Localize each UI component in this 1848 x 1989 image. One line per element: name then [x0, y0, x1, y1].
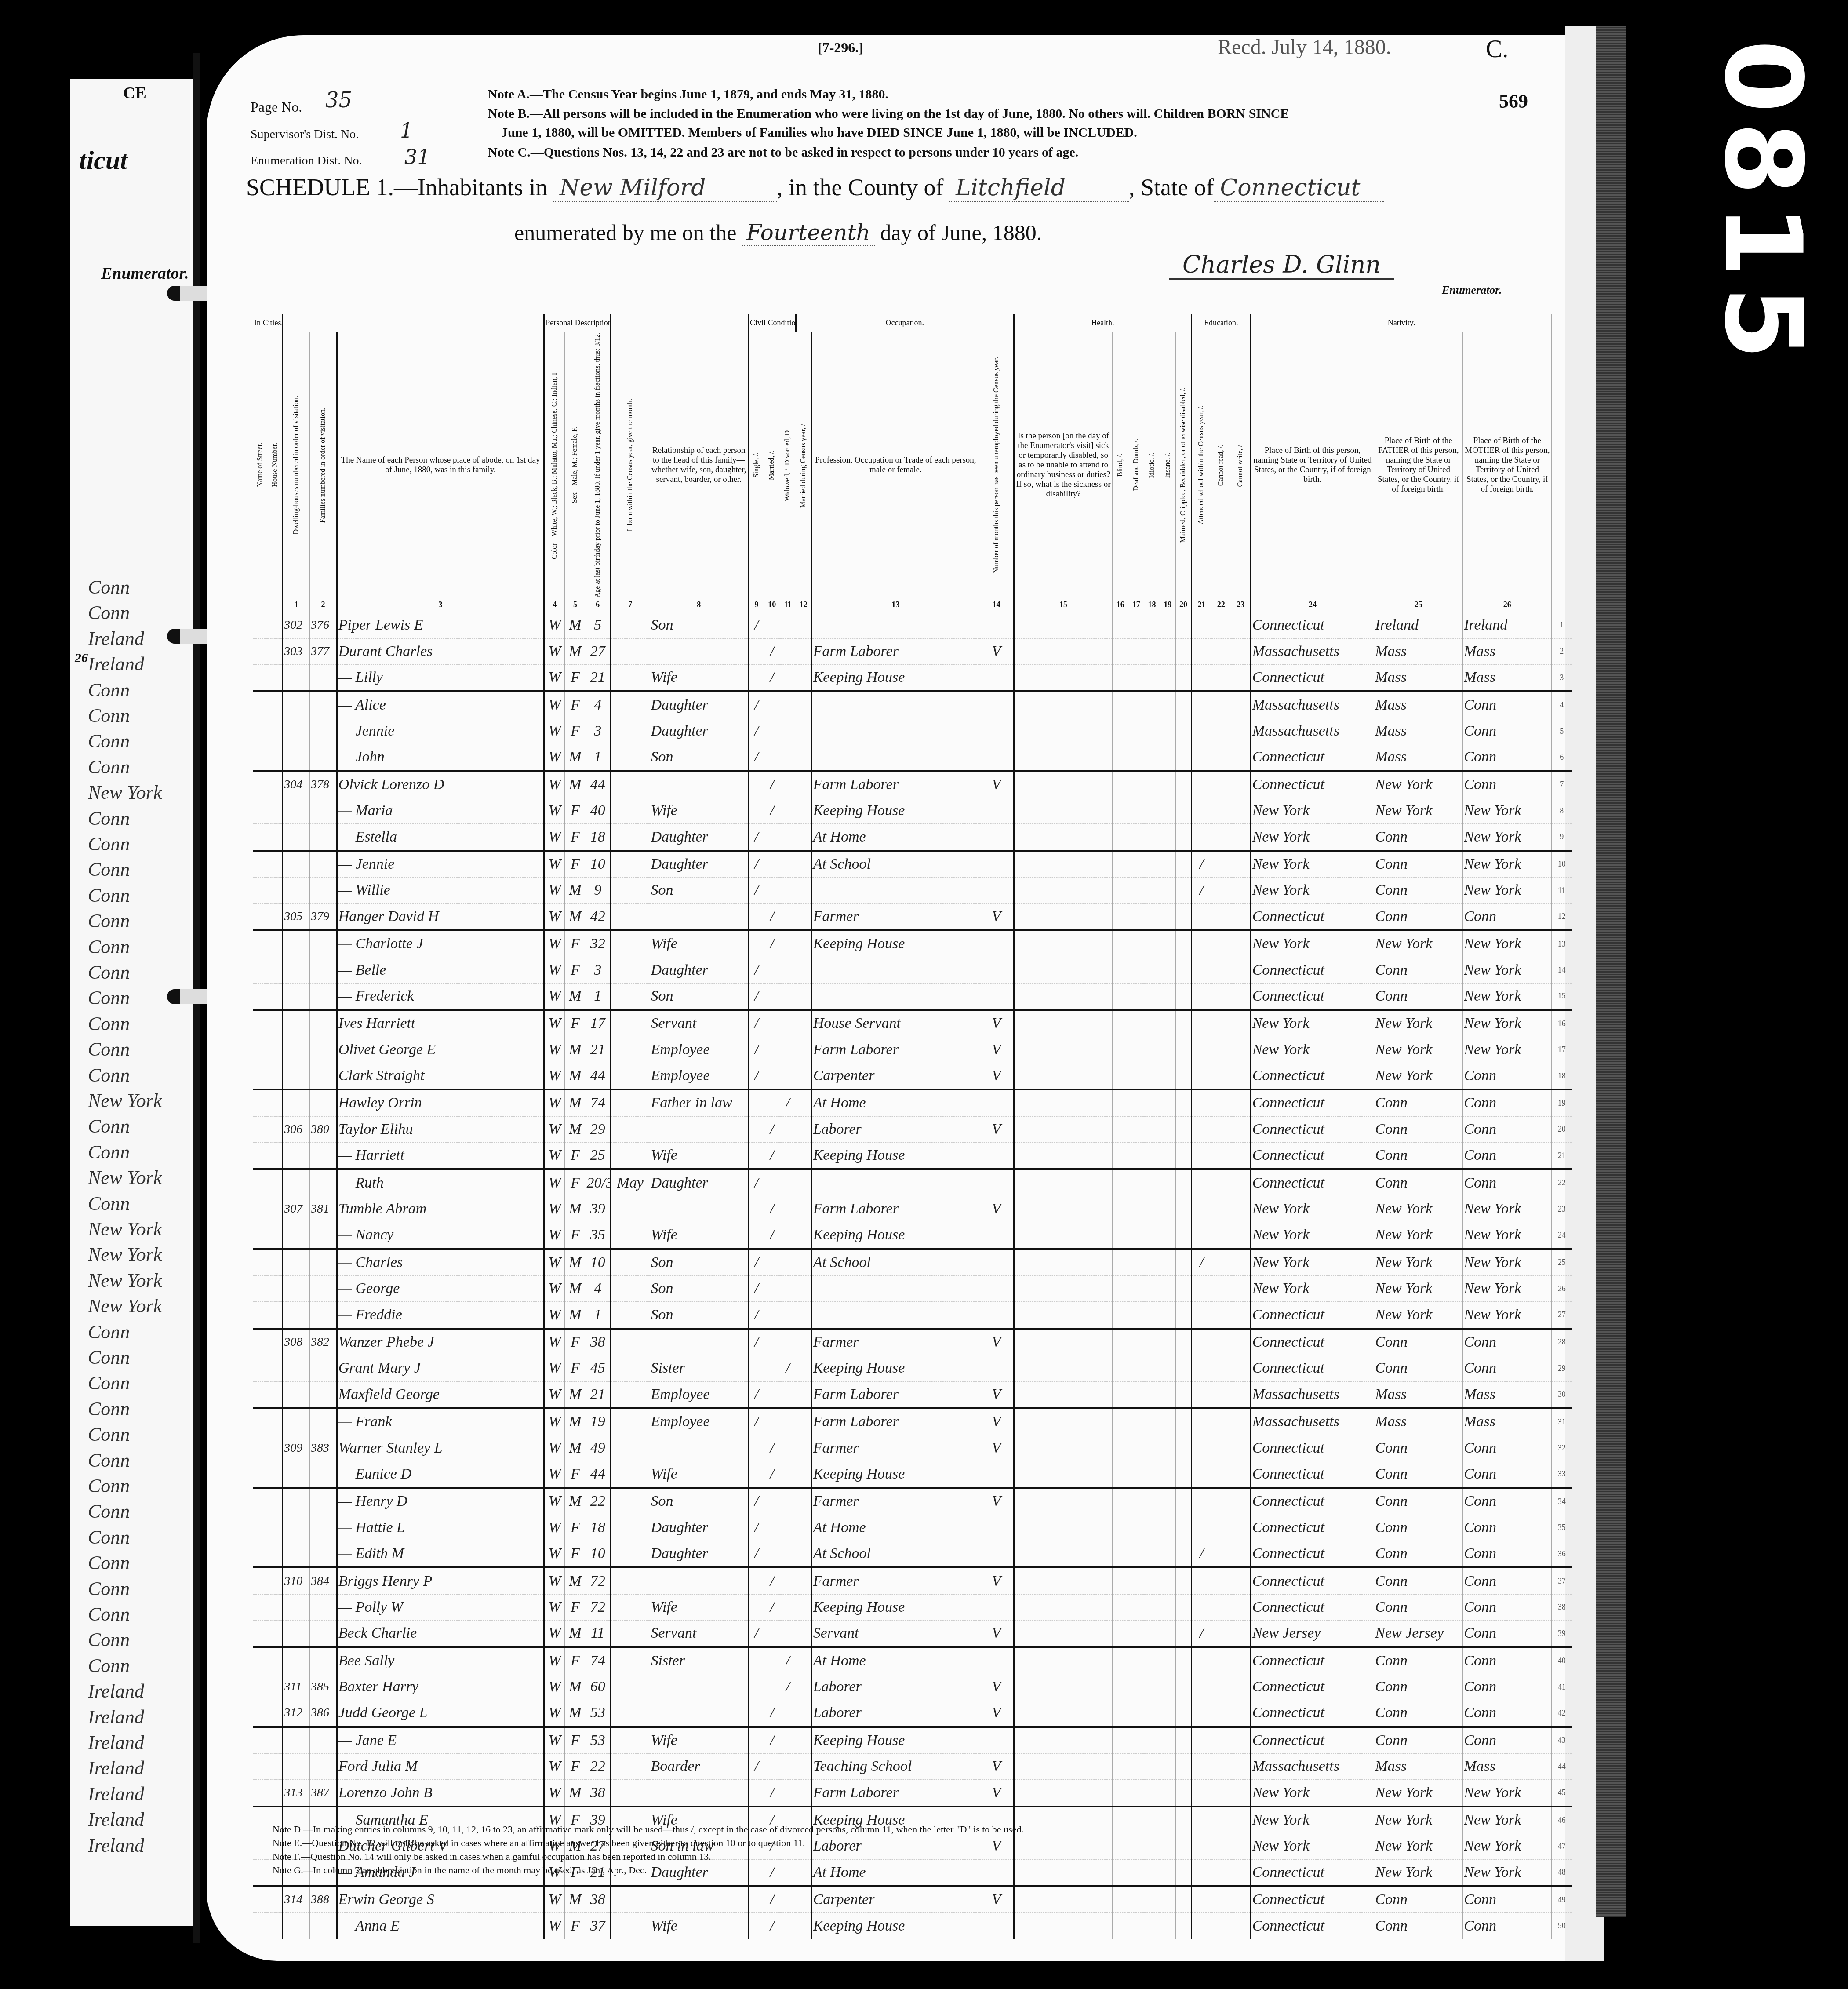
- cell-unemployed: [979, 930, 1014, 957]
- cell-unemployed: [979, 744, 1014, 771]
- cell-empty: [1175, 1276, 1191, 1302]
- left-page-cell: Conn: [88, 601, 193, 624]
- cell-empty: [1211, 1037, 1231, 1063]
- column-header-label: Sex—Male, M.; Female, F.: [571, 426, 579, 503]
- cell-single: [749, 1594, 764, 1620]
- column-number: 16: [1113, 597, 1128, 612]
- cell-empty: [1144, 1355, 1160, 1381]
- cell-empty: [1175, 1647, 1191, 1674]
- cell-unemployed: V: [979, 1381, 1014, 1408]
- cell-unemployed: V: [979, 1567, 1014, 1594]
- column-header: Maimed, Crippled, Bedridden, or otherwis…: [1175, 332, 1191, 597]
- cell-school: [1191, 1567, 1211, 1594]
- cell-empty: [1231, 983, 1251, 1010]
- column-header: Married during Census year, /.: [796, 332, 811, 597]
- cell-name: Olivet George E: [337, 1037, 544, 1063]
- column-header: Sex—Male, M.; Female, F.: [565, 332, 586, 597]
- cell-school: /: [1191, 851, 1211, 878]
- cell-empty: [1231, 1037, 1251, 1063]
- left-page-state-fragment: ticut: [79, 145, 127, 175]
- cell-dwelling: [283, 744, 310, 771]
- cell-family: 376: [310, 612, 337, 638]
- cell-empty: [1113, 1859, 1128, 1886]
- cell-empty: [1128, 1435, 1144, 1461]
- cell-empty: [253, 983, 268, 1010]
- line-number: 40: [1552, 1647, 1572, 1674]
- cell-empty: [1175, 1063, 1191, 1089]
- cell-empty: [1175, 1886, 1191, 1913]
- cell-family: [310, 1143, 337, 1169]
- cell-empty: [1231, 1780, 1251, 1807]
- cell-birth: Connecticut: [1251, 1329, 1374, 1355]
- cell-empty: [1128, 824, 1144, 851]
- cell-empty: [1231, 851, 1251, 878]
- cell-color: W: [544, 771, 565, 798]
- cell-month: [610, 1408, 650, 1435]
- cell-empty: [1211, 665, 1231, 692]
- cell-empty: [1231, 1329, 1251, 1355]
- line-number: 42: [1552, 1700, 1572, 1727]
- column-header: Relationship of each person to the head …: [650, 332, 749, 597]
- cell-empty: [796, 638, 811, 664]
- cell-empty: [1113, 1143, 1128, 1169]
- cell-empty: [1211, 1780, 1231, 1807]
- cell-empty: [1014, 1249, 1113, 1276]
- cell-empty: [1160, 1700, 1176, 1727]
- cell-empty: [1175, 1754, 1191, 1780]
- cell-dwelling: [283, 1089, 310, 1116]
- cell-name: Beck Charlie: [337, 1621, 544, 1647]
- cell-empty: [1128, 1302, 1144, 1329]
- line-number: 5: [1552, 718, 1572, 744]
- cell-empty: [1014, 1859, 1113, 1886]
- cell-widowed: [780, 1222, 796, 1249]
- cell-month: [610, 1196, 650, 1222]
- cell-sex: M: [565, 903, 586, 930]
- cell-empty: [1014, 744, 1113, 771]
- cell-unemployed: V: [979, 1621, 1014, 1647]
- cell-school: [1191, 1515, 1211, 1541]
- cell-widowed: [780, 878, 796, 903]
- left-page-cell: Ireland: [88, 1757, 193, 1779]
- cell-father: New York: [1374, 771, 1463, 798]
- cell-single: /: [749, 1329, 764, 1355]
- cell-dwelling: 309: [283, 1435, 310, 1461]
- cell-birth: Connecticut: [1251, 1063, 1374, 1089]
- table-row: — AliceWF4Daughter/MassachusettsMassConn…: [253, 691, 1572, 718]
- cell-unemployed: [979, 691, 1014, 718]
- column-header: Place of Birth of the FATHER of this per…: [1374, 332, 1463, 597]
- column-header-label: Place of Birth of the MOTHER of this per…: [1464, 436, 1550, 494]
- cell-dwelling: [283, 930, 310, 957]
- cell-empty: [1113, 1780, 1128, 1807]
- line-number: 16: [1552, 1010, 1572, 1037]
- column-number: 9: [749, 597, 764, 612]
- cell-widowed: [780, 771, 796, 798]
- cell-age: 49: [586, 1435, 610, 1461]
- cell-empty: [1175, 1488, 1191, 1515]
- cell-father: Conn: [1374, 1700, 1463, 1727]
- cell-color: W: [544, 1621, 565, 1647]
- line-number: 8: [1552, 798, 1572, 823]
- cell-occupation: At School: [811, 851, 979, 878]
- column-header-label: Maimed, Crippled, Bedridden, or otherwis…: [1179, 387, 1187, 543]
- left-page-cell: New York: [88, 1295, 193, 1317]
- cell-month: [610, 1594, 650, 1620]
- cell-empty: [1144, 1488, 1160, 1515]
- cell-empty: [268, 798, 283, 823]
- cell-age: 45: [586, 1355, 610, 1381]
- cell-single: [749, 1700, 764, 1727]
- cell-empty: [1144, 1222, 1160, 1249]
- cell-empty: [268, 1488, 283, 1515]
- cell-dwelling: [283, 1010, 310, 1037]
- cell-relation: Wife: [650, 1594, 749, 1620]
- cell-widowed: [780, 1010, 796, 1037]
- cell-single: /: [749, 691, 764, 718]
- column-header: Place of Birth of the MOTHER of this per…: [1463, 332, 1552, 597]
- cell-empty: [268, 983, 283, 1010]
- cell-sex: M: [565, 1700, 586, 1727]
- cell-birth: New York: [1251, 1037, 1374, 1063]
- cell-empty: [1144, 1754, 1160, 1780]
- left-page-cell: Ireland: [88, 1706, 193, 1728]
- cell-birth: New York: [1251, 878, 1374, 903]
- column-header-label: Single, /.: [753, 452, 760, 477]
- cell-sex: F: [565, 1010, 586, 1037]
- cell-month: [610, 1754, 650, 1780]
- cell-empty: [1160, 1063, 1176, 1089]
- cell-sex: M: [565, 1037, 586, 1063]
- cell-mother: Conn: [1463, 1647, 1552, 1674]
- column-header: House Number.: [268, 332, 283, 597]
- cell-dwelling: [283, 665, 310, 692]
- cell-relation: Daughter: [650, 851, 749, 878]
- cell-empty: [796, 612, 811, 638]
- cell-age: 21: [586, 1037, 610, 1063]
- cell-married: [764, 1488, 780, 1515]
- county-field: Litchfield: [949, 175, 1129, 202]
- cell-mother: Conn: [1463, 1594, 1552, 1620]
- cell-color: W: [544, 957, 565, 983]
- cell-empty: [1175, 1780, 1191, 1807]
- cell-relation: Wife: [650, 798, 749, 823]
- cell-empty: [1160, 1541, 1176, 1567]
- column-number: 17: [1128, 597, 1144, 612]
- cell-unemployed: [979, 665, 1014, 692]
- cell-empty: [1144, 1780, 1160, 1807]
- cell-unemployed: [979, 1302, 1014, 1329]
- cell-empty: [796, 1222, 811, 1249]
- cell-school: [1191, 1381, 1211, 1408]
- cell-father: Ireland: [1374, 612, 1463, 638]
- column-number: 21: [1191, 597, 1211, 612]
- cell-empty: [1160, 1647, 1176, 1674]
- cell-married: [764, 1381, 780, 1408]
- line-number: 45: [1552, 1780, 1572, 1807]
- cell-color: W: [544, 612, 565, 638]
- cell-father: Mass: [1374, 744, 1463, 771]
- received-stamp: Recd. July 14, 1880.: [1218, 35, 1391, 59]
- line-number: 47: [1552, 1833, 1572, 1859]
- cell-empty: [1160, 1859, 1176, 1886]
- cell-name: Baxter Harry: [337, 1674, 544, 1700]
- cell-occupation: Farmer: [811, 1488, 979, 1515]
- cell-unemployed: [979, 1355, 1014, 1381]
- cell-empty: [1014, 1435, 1113, 1461]
- cell-occupation: Keeping House: [811, 1355, 979, 1381]
- cell-father: Conn: [1374, 1594, 1463, 1620]
- cell-married: [764, 744, 780, 771]
- cell-father: Conn: [1374, 983, 1463, 1010]
- cell-empty: [1211, 691, 1231, 718]
- cell-occupation: At Home: [811, 1647, 979, 1674]
- cell-empty: [253, 1408, 268, 1435]
- cell-name: Durant Charles: [337, 638, 544, 664]
- column-header: Attended school within the Census year, …: [1191, 332, 1211, 597]
- cell-empty: [1113, 1010, 1128, 1037]
- cell-empty: [253, 1355, 268, 1381]
- cell-month: [610, 1780, 650, 1807]
- cell-relation: [650, 771, 749, 798]
- cell-empty: [1113, 744, 1128, 771]
- cell-relation: [650, 1700, 749, 1727]
- cell-school: [1191, 824, 1211, 851]
- group-education: Education.: [1191, 314, 1251, 332]
- cell-birth: Connecticut: [1251, 612, 1374, 638]
- cell-birth: Connecticut: [1251, 1143, 1374, 1169]
- cell-empty: [1128, 1488, 1144, 1515]
- cell-empty: [1113, 878, 1128, 903]
- left-page-cell: Conn: [88, 730, 193, 752]
- cell-relation: Servant: [650, 1010, 749, 1037]
- cell-unemployed: V: [979, 1196, 1014, 1222]
- cell-age: 44: [586, 1461, 610, 1488]
- cell-name: Bee Sally: [337, 1647, 544, 1674]
- cell-empty: [1128, 771, 1144, 798]
- cell-empty: [1014, 691, 1113, 718]
- cell-color: W: [544, 1196, 565, 1222]
- cell-empty: [1175, 1143, 1191, 1169]
- cell-birth: Connecticut: [1251, 903, 1374, 930]
- cell-sex: M: [565, 1886, 586, 1913]
- cell-empty: [1175, 1594, 1191, 1620]
- cell-relation: [650, 1435, 749, 1461]
- cell-married: [764, 1621, 780, 1647]
- cell-single: [749, 1674, 764, 1700]
- cell-empty: [1231, 1515, 1251, 1541]
- cell-color: W: [544, 1355, 565, 1381]
- cell-age: 42: [586, 903, 610, 930]
- cell-school: [1191, 1674, 1211, 1700]
- cell-empty: [268, 1037, 283, 1063]
- column-header-label: Name of Street.: [256, 443, 264, 487]
- cell-empty: [1231, 1541, 1251, 1567]
- cell-empty: [1128, 957, 1144, 983]
- table-row: 312386Judd George LWM53/LaborerVConnecti…: [253, 1700, 1572, 1727]
- cell-empty: [1128, 903, 1144, 930]
- column-header: Cannot write, /.: [1231, 332, 1251, 597]
- cell-empty: [253, 1621, 268, 1647]
- column-number: 15: [1014, 597, 1113, 612]
- cell-unemployed: [979, 1249, 1014, 1276]
- cell-widowed: [780, 1727, 796, 1754]
- cell-empty: [253, 665, 268, 692]
- column-header-label: Cannot write, /.: [1237, 443, 1244, 487]
- cell-color: W: [544, 1594, 565, 1620]
- cell-relation: Sister: [650, 1647, 749, 1674]
- cell-empty: [796, 1143, 811, 1169]
- cell-married: /: [764, 1196, 780, 1222]
- cell-married: [764, 824, 780, 851]
- cell-unemployed: [979, 1169, 1014, 1196]
- cell-empty: [253, 1010, 268, 1037]
- cell-father: Conn: [1374, 1461, 1463, 1488]
- cell-unemployed: [979, 1089, 1014, 1116]
- column-number: 13: [811, 597, 979, 612]
- line-number: 43: [1552, 1727, 1572, 1754]
- cell-empty: [1144, 851, 1160, 878]
- cell-mother: Conn: [1463, 744, 1552, 771]
- cell-married: /: [764, 798, 780, 823]
- cell-sex: F: [565, 1169, 586, 1196]
- line-number: 1: [1552, 612, 1572, 638]
- cell-empty: [1113, 903, 1128, 930]
- cell-empty: [253, 691, 268, 718]
- cell-family: [310, 1408, 337, 1435]
- cell-empty: [1128, 983, 1144, 1010]
- cell-empty: [1113, 1196, 1128, 1222]
- cell-unemployed: V: [979, 1116, 1014, 1142]
- cell-single: [749, 1196, 764, 1222]
- cell-family: 388: [310, 1886, 337, 1913]
- cell-empty: [1175, 1859, 1191, 1886]
- column-numbers: 1234567891011121314151617181920212223242…: [253, 597, 1572, 612]
- cell-empty: [1128, 930, 1144, 957]
- left-page-cell: Conn: [88, 833, 193, 855]
- left-page-cell: Conn: [88, 884, 193, 907]
- cell-married: [764, 691, 780, 718]
- state-field: Connecticut: [1214, 175, 1384, 202]
- cell-widowed: [780, 1886, 796, 1913]
- cell-age: 3: [586, 718, 610, 744]
- cell-widowed: [780, 1515, 796, 1541]
- cell-school: [1191, 1727, 1211, 1754]
- cell-color: W: [544, 1567, 565, 1594]
- cell-name: — Anna E: [337, 1913, 544, 1939]
- line-number: 41: [1552, 1674, 1572, 1700]
- cell-age: 35: [586, 1222, 610, 1249]
- cell-empty: [1144, 718, 1160, 744]
- cell-name: — Jennie: [337, 718, 544, 744]
- cell-age: 74: [586, 1089, 610, 1116]
- cell-single: /: [749, 1169, 764, 1196]
- cell-relation: Wife: [650, 665, 749, 692]
- cell-color: W: [544, 1329, 565, 1355]
- cell-empty: [1160, 771, 1176, 798]
- cell-birth: Connecticut: [1251, 983, 1374, 1010]
- cell-married: /: [764, 1567, 780, 1594]
- cell-mother: New York: [1463, 957, 1552, 983]
- cell-month: [610, 1674, 650, 1700]
- cell-empty: [253, 1727, 268, 1754]
- cell-color: W: [544, 1886, 565, 1913]
- cell-sex: M: [565, 612, 586, 638]
- cell-widowed: [780, 1567, 796, 1594]
- cell-empty: [1014, 851, 1113, 878]
- cell-dwelling: [283, 1222, 310, 1249]
- cell-empty: [253, 1515, 268, 1541]
- cell-school: [1191, 718, 1211, 744]
- cell-empty: [1128, 1913, 1144, 1939]
- line-number: 35: [1552, 1515, 1572, 1541]
- cell-empty: [1128, 665, 1144, 692]
- cell-single: [749, 930, 764, 957]
- line-number: 33: [1552, 1461, 1572, 1488]
- cell-single: /: [749, 1515, 764, 1541]
- table-row: — RuthWF20/30MayDaughter/ConnecticutConn…: [253, 1169, 1572, 1196]
- cell-single: [749, 665, 764, 692]
- cell-school: [1191, 930, 1211, 957]
- cell-married: [764, 1674, 780, 1700]
- column-header: Deaf and Dumb, /.: [1128, 332, 1144, 597]
- cell-birth: New York: [1251, 1249, 1374, 1276]
- line-number: 26: [1552, 1276, 1572, 1302]
- cell-dwelling: 311: [283, 1674, 310, 1700]
- cell-relation: Son: [650, 744, 749, 771]
- cell-sex: F: [565, 957, 586, 983]
- cell-empty: [1144, 638, 1160, 664]
- column-header-label: House Number.: [271, 443, 279, 487]
- cell-school: [1191, 1461, 1211, 1488]
- cell-relation: Employee: [650, 1381, 749, 1408]
- cell-widowed: [780, 1754, 796, 1780]
- cell-empty: [796, 691, 811, 718]
- cell-unemployed: [979, 824, 1014, 851]
- cell-empty: [1113, 1488, 1128, 1515]
- cell-month: [610, 1488, 650, 1515]
- cell-empty: [1144, 1435, 1160, 1461]
- cell-empty: [253, 1249, 268, 1276]
- cell-empty: [1113, 1169, 1128, 1196]
- cell-empty: [1160, 1355, 1176, 1381]
- cell-empty: [1175, 983, 1191, 1010]
- cell-birth: Massachusetts: [1251, 718, 1374, 744]
- cell-family: 381: [310, 1196, 337, 1222]
- cell-mother: New York: [1463, 983, 1552, 1010]
- cell-dwelling: 313: [283, 1780, 310, 1807]
- cell-empty: [1113, 851, 1128, 878]
- cell-sex: M: [565, 1089, 586, 1116]
- cell-unemployed: [979, 957, 1014, 983]
- cell-empty: [796, 1913, 811, 1939]
- cell-empty: [1144, 1116, 1160, 1142]
- cell-empty: [1128, 1780, 1144, 1807]
- cell-month: [610, 1089, 650, 1116]
- cell-married: [764, 1329, 780, 1355]
- cell-single: /: [749, 1063, 764, 1089]
- cell-father: New York: [1374, 1780, 1463, 1807]
- left-page-cell: Ireland: [88, 1808, 193, 1831]
- cell-empty: [1160, 1621, 1176, 1647]
- cell-empty: [1144, 1169, 1160, 1196]
- cell-single: [749, 798, 764, 823]
- cell-age: 10: [586, 851, 610, 878]
- cell-empty: [253, 1780, 268, 1807]
- cell-empty: [1144, 1567, 1160, 1594]
- cell-empty: [1144, 1063, 1160, 1089]
- cell-dwelling: [283, 798, 310, 823]
